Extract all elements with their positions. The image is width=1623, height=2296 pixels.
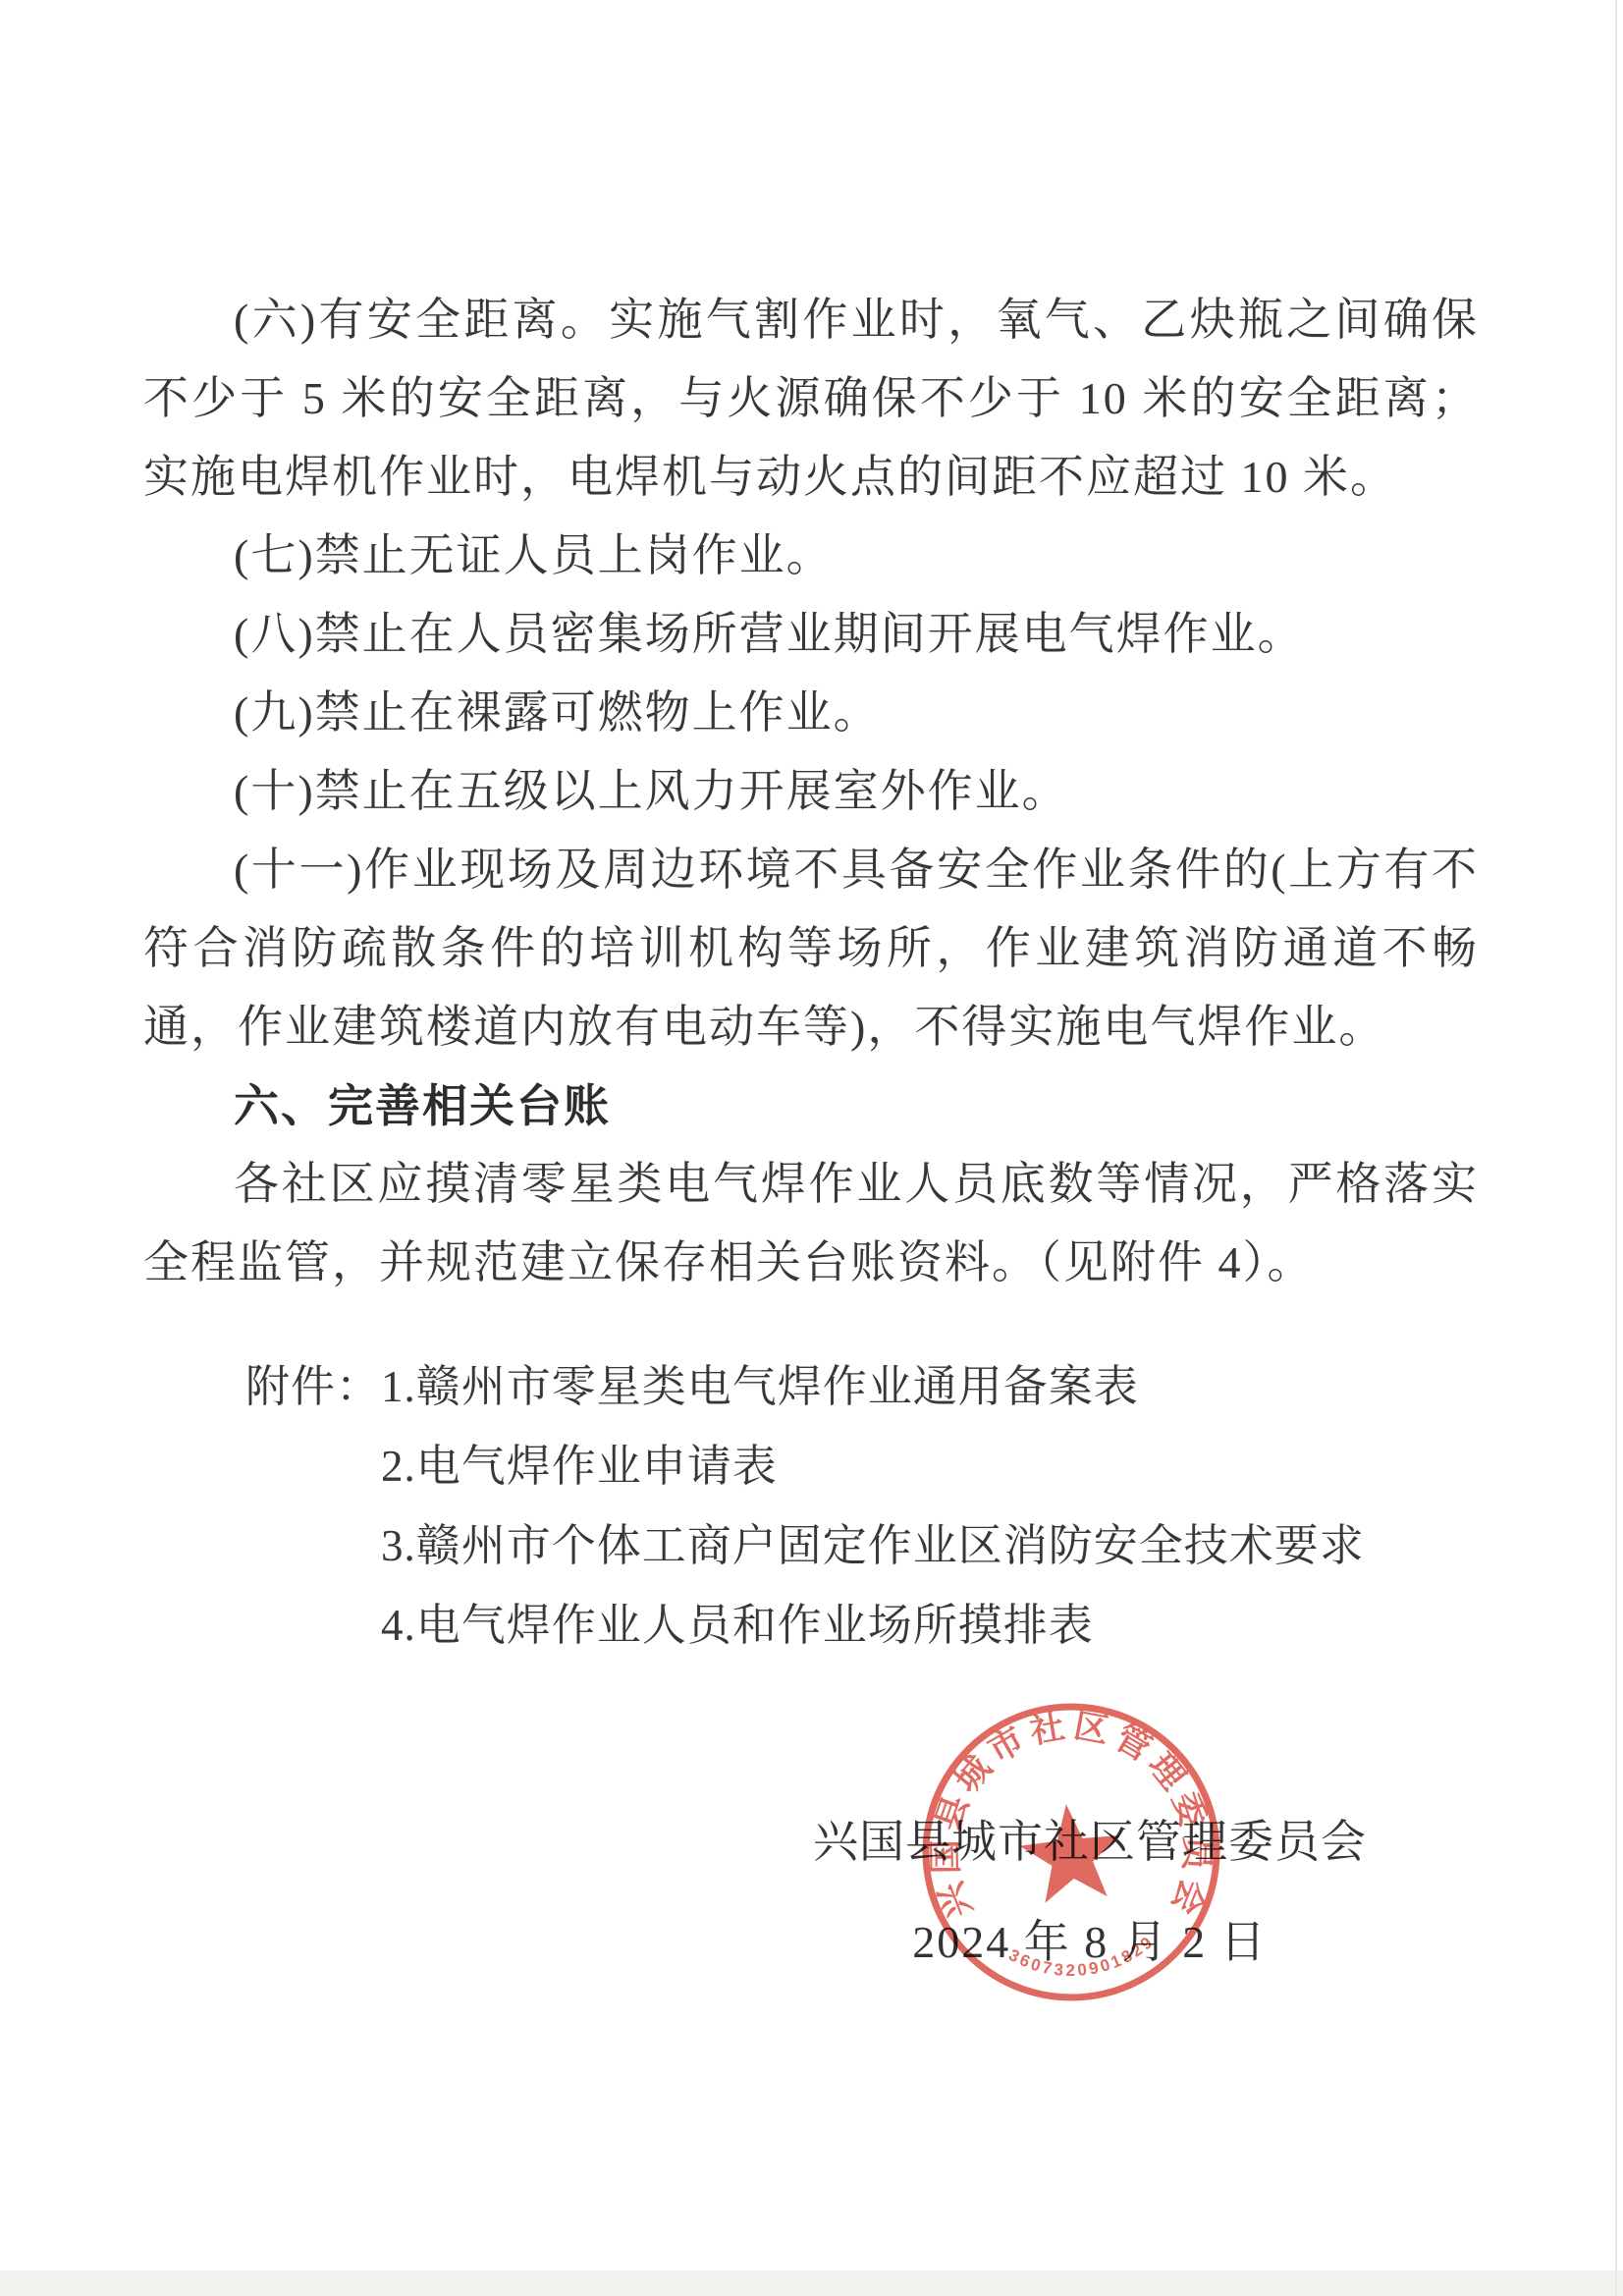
scan-edge-bottom	[0, 2270, 1623, 2296]
scan-edge-right	[1615, 0, 1617, 2296]
paragraph-ledger-requirements: 各社区应摸清零星类电气焊作业人员底数等情况，严格落实全程监管，并规范建立保存相关…	[143, 1145, 1479, 1302]
document-page: (六)有安全距离。实施气割作业时，氧气、乙炔瓶之间确保不少于 5 米的安全距离，…	[0, 0, 1623, 2296]
paragraph-no-high-wind: (十)禁止在五级以上风力开展室外作业。	[143, 752, 1479, 831]
paragraph-no-crowded-places: (八)禁止在人员密集场所营业期间开展电气焊作业。	[143, 595, 1479, 674]
signature-date: 2024 年 8 月 2 日	[746, 1915, 1434, 1970]
paragraph-no-exposed-combustibles: (九)禁止在裸露可燃物上作业。	[143, 674, 1479, 752]
attachment-item-1: 1.赣州市零星类电气焊作业通用备案表	[381, 1347, 1365, 1427]
section-heading-ledgers: 六、完善相关台账	[143, 1066, 1479, 1145]
attachment-item-3: 3.赣州市个体工商户固定作业区消防安全技术要求	[381, 1506, 1365, 1586]
attachments-label: 附件：	[245, 1347, 381, 1427]
signature-block: 兴国县城市社区管理委员会 2024 年 8 月 2 日	[746, 1815, 1434, 1970]
attachment-item-4: 4.电气焊作业人员和作业场所摸排表	[381, 1586, 1365, 1666]
attachments-list: 1.赣州市零星类电气焊作业通用备案表 2.电气焊作业申请表 3.赣州市个体工商户…	[381, 1347, 1365, 1666]
paragraph-unsafe-environment: (十一)作业现场及周边环境不具备安全作业条件的(上方有不符合消防疏散条件的培训机…	[143, 831, 1479, 1066]
paragraph-safety-distance: (六)有安全距离。实施气割作业时，氧气、乙炔瓶之间确保不少于 5 米的安全距离，…	[143, 281, 1479, 517]
attachments-block: 附件： 1.赣州市零星类电气焊作业通用备案表 2.电气焊作业申请表 3.赣州市个…	[245, 1347, 1365, 1666]
document-body: (六)有安全距离。实施气割作业时，氧气、乙炔瓶之间确保不少于 5 米的安全距离，…	[143, 281, 1479, 1302]
attachment-item-2: 2.电气焊作业申请表	[381, 1427, 1365, 1506]
paragraph-no-uncertified: (七)禁止无证人员上岗作业。	[143, 517, 1479, 595]
signature-organization: 兴国县城市社区管理委员会	[746, 1815, 1434, 1870]
